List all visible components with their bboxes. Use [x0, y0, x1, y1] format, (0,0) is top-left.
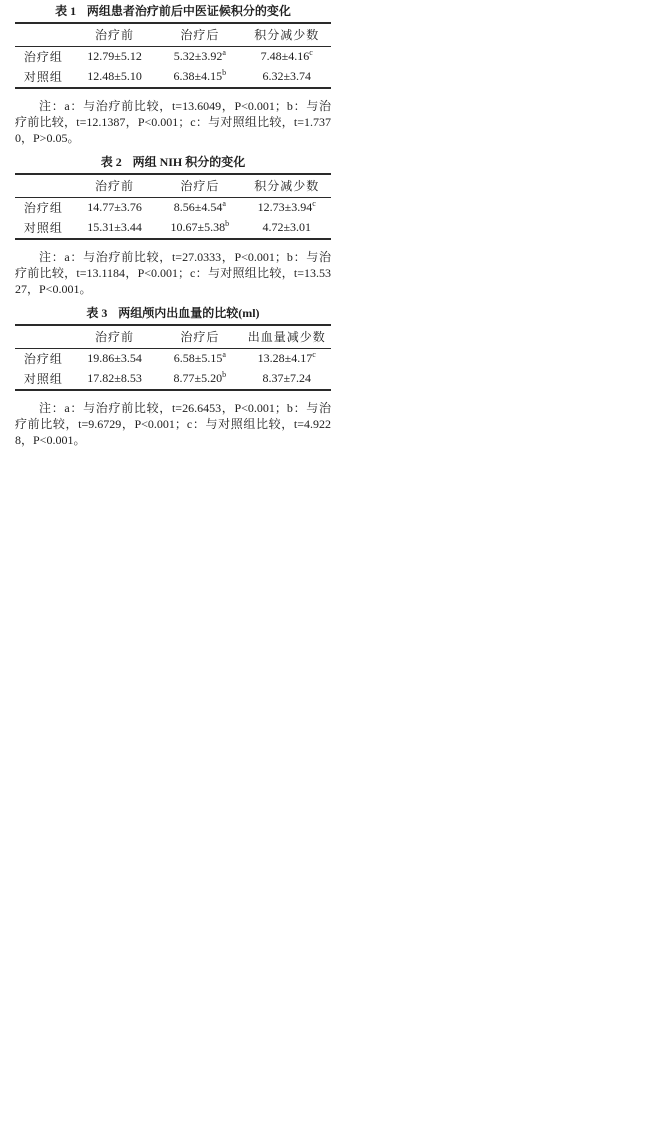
table3-caption: 两组颅内出血量的比较(ml): [118, 306, 259, 320]
superscript: c: [309, 48, 313, 57]
row-label-cell: 对照组: [15, 369, 72, 390]
table2-title: 表 2两组 NIH 积分的变化: [15, 155, 331, 169]
table3-header-row: 治疗前 治疗后 出血量减少数: [15, 325, 331, 349]
table3-title: 表 3两组颅内出血量的比较(ml): [15, 306, 331, 320]
superscript: c: [312, 350, 316, 359]
table2-header-reduction: 积分减少数: [243, 174, 332, 198]
table-row: 治疗组 19.86±3.54 6.58±5.15a 13.28±4.17c: [15, 349, 331, 370]
value-cell: 12.79±5.12: [72, 47, 157, 68]
table1: 治疗前 治疗后 积分减少数 治疗组 12.79±5.12 5.32±3.92a …: [15, 22, 331, 89]
table2-note: 注：a：与治疗前比较，t=27.0333，P<0.001；b：与治疗前比较，t=…: [15, 249, 331, 297]
table1-caption: 两组患者治疗前后中医证候积分的变化: [87, 4, 291, 18]
document-page: 表 1两组患者治疗前后中医证候积分的变化 治疗前 治疗后 积分减少数 治疗组 1…: [15, 2, 331, 457]
table-row: 对照组 17.82±8.53 8.77±5.20b 8.37±7.24: [15, 369, 331, 390]
value-cell: 12.73±3.94c: [243, 198, 332, 219]
table-row: 治疗组 12.79±5.12 5.32±3.92a 7.48±4.16c: [15, 47, 331, 68]
row-label-cell: 治疗组: [15, 47, 72, 68]
value-cell: 7.48±4.16c: [243, 47, 332, 68]
table1-header-blank: [15, 23, 72, 47]
value-cell: 6.58±5.15a: [157, 349, 242, 370]
table-row: 治疗组 14.77±3.76 8.56±4.54a 12.73±3.94c: [15, 198, 331, 219]
table1-header-row: 治疗前 治疗后 积分减少数: [15, 23, 331, 47]
value-cell: 5.32±3.92a: [157, 47, 242, 68]
row-label-cell: 对照组: [15, 67, 72, 88]
superscript: b: [222, 370, 226, 379]
value-cell: 19.86±3.54: [72, 349, 157, 370]
value-cell: 10.67±5.38b: [157, 218, 242, 239]
table3-note: 注：a：与治疗前比较，t=26.6453，P<0.001；b：与治疗前比较，t=…: [15, 400, 331, 448]
table3-section: 表 3两组颅内出血量的比较(ml) 治疗前 治疗后 出血量减少数 治疗组 19.…: [15, 306, 331, 448]
value-cell: 15.31±3.44: [72, 218, 157, 239]
table1-header-posttreatment: 治疗后: [157, 23, 242, 47]
table-row: 对照组 12.48±5.10 6.38±4.15b 6.32±3.74: [15, 67, 331, 88]
value-cell: 13.28±4.17c: [243, 349, 332, 370]
table2-header-posttreatment: 治疗后: [157, 174, 242, 198]
value-cell: 12.48±5.10: [72, 67, 157, 88]
value-cell: 8.37±7.24: [243, 369, 332, 390]
superscript: a: [222, 48, 226, 57]
table3-header-reduction: 出血量减少数: [243, 325, 332, 349]
table3-number: 表 3: [86, 306, 107, 320]
table-row: 对照组 15.31±3.44 10.67±5.38b 4.72±3.01: [15, 218, 331, 239]
table2-header-blank: [15, 174, 72, 198]
superscript: a: [222, 350, 226, 359]
table2-number: 表 2: [101, 155, 122, 169]
table2-header-pretreatment: 治疗前: [72, 174, 157, 198]
value-cell: 14.77±3.76: [72, 198, 157, 219]
table1-header-pretreatment: 治疗前: [72, 23, 157, 47]
table3-header-posttreatment: 治疗后: [157, 325, 242, 349]
table2-header-row: 治疗前 治疗后 积分减少数: [15, 174, 331, 198]
superscript: b: [225, 219, 229, 228]
value-cell: 6.32±3.74: [243, 67, 332, 88]
table1-section: 表 1两组患者治疗前后中医证候积分的变化 治疗前 治疗后 积分减少数 治疗组 1…: [15, 4, 331, 146]
table3: 治疗前 治疗后 出血量减少数 治疗组 19.86±3.54 6.58±5.15a…: [15, 324, 331, 391]
row-label-cell: 对照组: [15, 218, 72, 239]
table3-header-pretreatment: 治疗前: [72, 325, 157, 349]
table1-title: 表 1两组患者治疗前后中医证候积分的变化: [15, 4, 331, 18]
superscript: a: [222, 199, 226, 208]
superscript: b: [222, 68, 226, 77]
value-cell: 8.77±5.20b: [157, 369, 242, 390]
value-cell: 8.56±4.54a: [157, 198, 242, 219]
table1-header-reduction: 积分减少数: [243, 23, 332, 47]
row-label-cell: 治疗组: [15, 349, 72, 370]
table2-section: 表 2两组 NIH 积分的变化 治疗前 治疗后 积分减少数 治疗组 14.77±…: [15, 155, 331, 297]
superscript: c: [312, 199, 316, 208]
table1-number: 表 1: [55, 4, 76, 18]
table2-caption: 两组 NIH 积分的变化: [133, 155, 246, 169]
value-cell: 17.82±8.53: [72, 369, 157, 390]
row-label-cell: 治疗组: [15, 198, 72, 219]
table2: 治疗前 治疗后 积分减少数 治疗组 14.77±3.76 8.56±4.54a …: [15, 173, 331, 240]
value-cell: 4.72±3.01: [243, 218, 332, 239]
value-cell: 6.38±4.15b: [157, 67, 242, 88]
table1-note: 注：a：与治疗前比较，t=13.6049，P<0.001；b：与治疗前比较，t=…: [15, 98, 331, 146]
table3-header-blank: [15, 325, 72, 349]
